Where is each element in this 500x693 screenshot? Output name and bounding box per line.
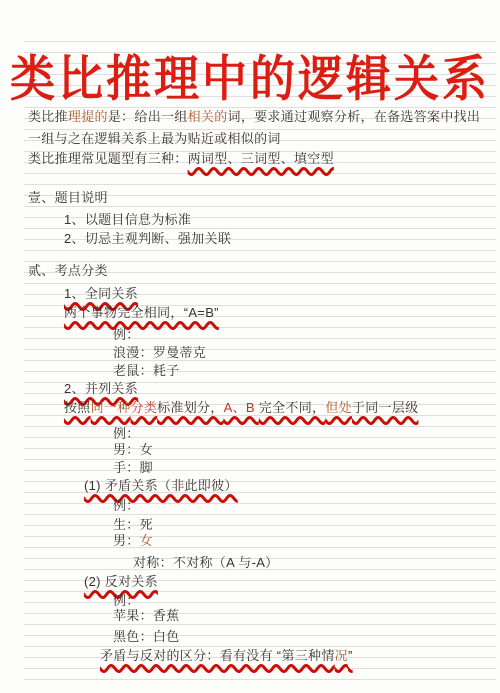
note-line: 贰、考点分类 (28, 262, 108, 279)
text-segment: 壹、题目说明 (28, 190, 108, 205)
note-line: 1、全同关系 (64, 285, 138, 302)
text-segment: 手：脚 (113, 460, 153, 475)
wavy-underlined-text: 况 (335, 648, 348, 663)
note-line: 壹、题目说明 (28, 189, 108, 206)
text-segment: 浪漫：罗曼蒂克 (113, 345, 206, 360)
note-line: 类比推理常见题型有三种：两词型、三词型、填空型 (28, 150, 334, 167)
note-line: 矛盾与反对的区分：看有没有 “第三种情况” (100, 647, 353, 664)
wavy-underlined-text: 矛盾与反对的区分：看有没有 “第三种情 (100, 648, 335, 663)
text-segment: 男：女 (113, 442, 153, 457)
note-line: 1、以题目信息为标准 (64, 211, 191, 228)
text-segment: 贰、考点分类 (28, 263, 108, 278)
note-line: 两个事物完全相同，“A=B” (64, 304, 219, 321)
text-segment: 词，要求通过观察分析，在备选答案中找出 (228, 109, 481, 124)
note-line: 黑色：白色 (113, 628, 180, 645)
page-title: 类比推理中的逻辑关系 (0, 39, 500, 109)
note-line: 对称：不对称（A 与-A） (133, 554, 278, 571)
text-segment: 一组与之在逻辑关系上最为贴近或相似的词 (28, 131, 281, 146)
text-segment: 生：死 (113, 517, 153, 532)
note-line: 苹果：香蕉 (113, 607, 180, 624)
wavy-underlined-text: ” (348, 648, 353, 663)
note-line: 手：脚 (113, 459, 153, 476)
note-line: 例： (113, 425, 140, 442)
text-segment: 苹果：香蕉 (113, 608, 180, 623)
text-segment: 理提的 (68, 109, 108, 124)
wavy-underlined-text: 2、并列关系 (64, 381, 138, 396)
wavy-underlined-text: A、B (224, 400, 259, 415)
text-segment: 1、以题目信息为标准 (64, 212, 191, 227)
text-segment: 老鼠：耗子 (113, 363, 180, 378)
note-line: 老鼠：耗子 (113, 362, 180, 379)
note-line: 2、切忌主观判断、强加关联 (64, 230, 231, 247)
wavy-underlined-text: 按照 (64, 400, 91, 415)
note-line: (1) 矛盾关系（非此即彼） (84, 477, 238, 494)
text-segment: 类比推理常见题型有三种： (28, 151, 188, 166)
wavy-underlined-text: 但处 (325, 400, 352, 415)
text-segment: 女 (140, 533, 153, 548)
wavy-underlined-text: 分类 (131, 400, 158, 415)
note-line: 类比推理提的是：给出一组相关的词，要求通过观察分析，在备选答案中找出 (28, 108, 480, 125)
text-segment: 男： (113, 533, 140, 548)
wavy-underlined-text: (1) 矛盾关系（非此即彼） (84, 478, 238, 493)
text-segment: 例： (113, 498, 140, 513)
text-segment: 2、切忌主观判断、强加关联 (64, 231, 231, 246)
text-segment: 相关的 (188, 109, 228, 124)
wavy-underlined-text: 1、全同关系 (64, 286, 138, 301)
note-line: 例： (113, 326, 140, 343)
text-segment: 对称：不对称（A 与-A） (133, 555, 278, 570)
wavy-underlined-text: 同一种 (91, 400, 131, 415)
wavy-underlined-text: 两个事物完全相同，“A=B” (64, 305, 219, 320)
text-segment: 是：给出一组 (108, 109, 188, 124)
text-segment: 例： (113, 426, 140, 441)
wavy-underlined-text: 两词型、三词型、填空型 (188, 151, 334, 166)
note-line: 浪漫：罗曼蒂克 (113, 344, 206, 361)
wavy-underlined-text: 于同一层级 (352, 400, 419, 415)
text-segment: 例： (113, 327, 140, 342)
note-line: 男：女 (113, 532, 153, 549)
note-line: 一组与之在逻辑关系上最为贴近或相似的词 (28, 130, 281, 147)
text-segment: 类比推 (28, 109, 68, 124)
note-line: 2、并列关系 (64, 380, 138, 397)
note-line: 男：女 (113, 441, 153, 458)
text-segment: 例： (113, 593, 140, 608)
note-line: 生：死 (113, 516, 153, 533)
note-line: 按照同一种分类标准划分，A、B 完全不同，但处于同一层级 (64, 399, 418, 416)
note-line: (2) 反对关系 (84, 573, 158, 590)
notebook-page: 类比推理中的逻辑关系 类比推理提的是：给出一组相关的词，要求通过观察分析，在备选… (0, 0, 500, 693)
wavy-underlined-text: (2) 反对关系 (84, 574, 158, 589)
wavy-underlined-text: 完全不同， (259, 400, 326, 415)
wavy-underlined-text: 标准划分， (157, 400, 224, 415)
text-segment: 黑色：白色 (113, 629, 180, 644)
note-line: 例： (113, 497, 140, 514)
